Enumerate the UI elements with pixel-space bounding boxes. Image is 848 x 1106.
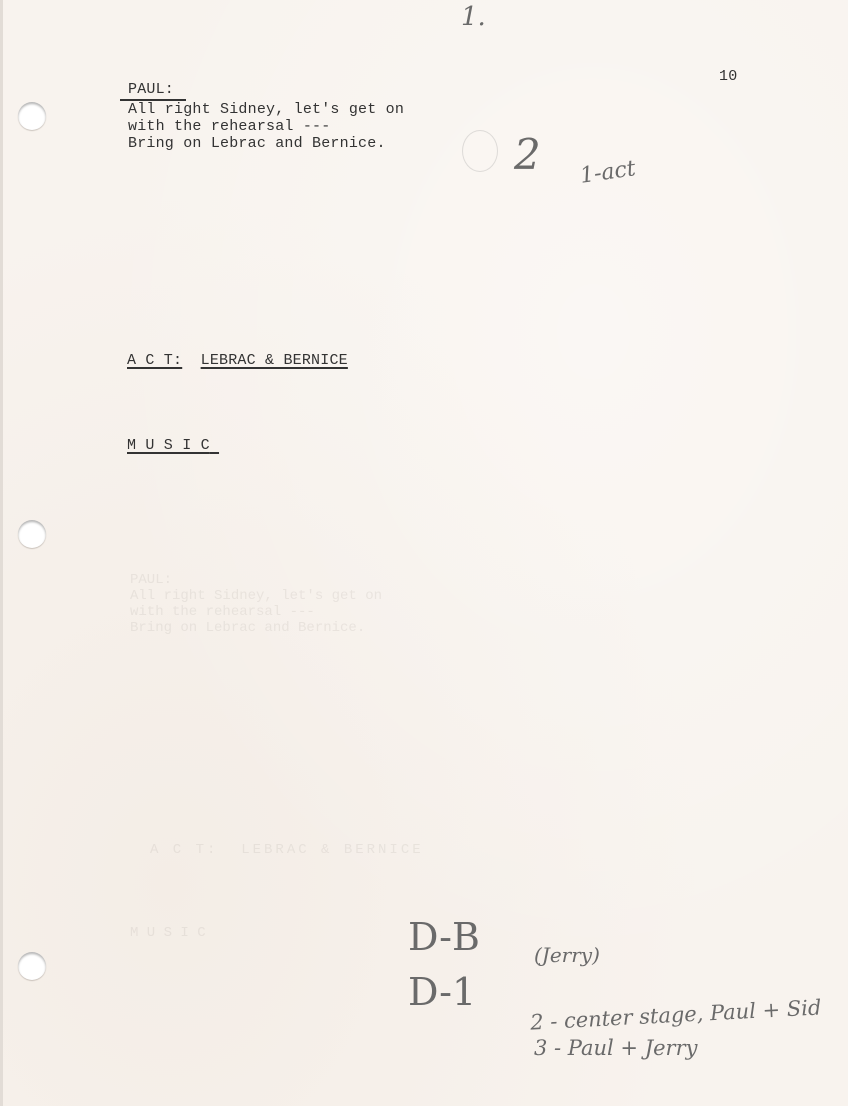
handwritten-d-1: D-1 (408, 970, 476, 1014)
handwritten-note-paul-jerry: 3 - Paul + Jerry (534, 1036, 698, 1060)
bleed-through-dialogue: PAUL: All right Sidney, let's get on wit… (130, 572, 382, 636)
bleed-through-act: A C T: LEBRAC & BERNICE (150, 842, 424, 858)
handwritten-note-center-stage: 2 - center stage, Paul + Sid (530, 995, 822, 1034)
handwritten-one-act: 1-act (579, 156, 638, 189)
handwritten-top-mark: 1. (461, 2, 486, 32)
handwritten-jerry: (Jerry) (534, 943, 600, 967)
act-heading: A C T: LEBRAC & BERNICE (127, 352, 348, 369)
act-label: A C T: (127, 352, 182, 369)
page-number: 10 (719, 68, 737, 85)
handwritten-d-b: D-B (408, 915, 480, 959)
dialogue-text: All right Sidney, let's get on with the … (128, 101, 404, 152)
handwritten-number-two: 2 (514, 130, 541, 179)
speaker-name: PAUL: (128, 81, 174, 98)
music-label: M U S I C (127, 437, 210, 454)
binder-hole-middle (18, 520, 46, 548)
act-title: LEBRAC & BERNICE (201, 352, 348, 369)
binder-hole-top (18, 102, 46, 130)
bleed-through-music: M U S I C (130, 925, 206, 941)
page-edge (0, 0, 3, 1106)
binder-hole-bottom (18, 952, 46, 980)
music-heading: M U S I C (127, 437, 219, 454)
faint-pencil-circle (462, 130, 498, 172)
